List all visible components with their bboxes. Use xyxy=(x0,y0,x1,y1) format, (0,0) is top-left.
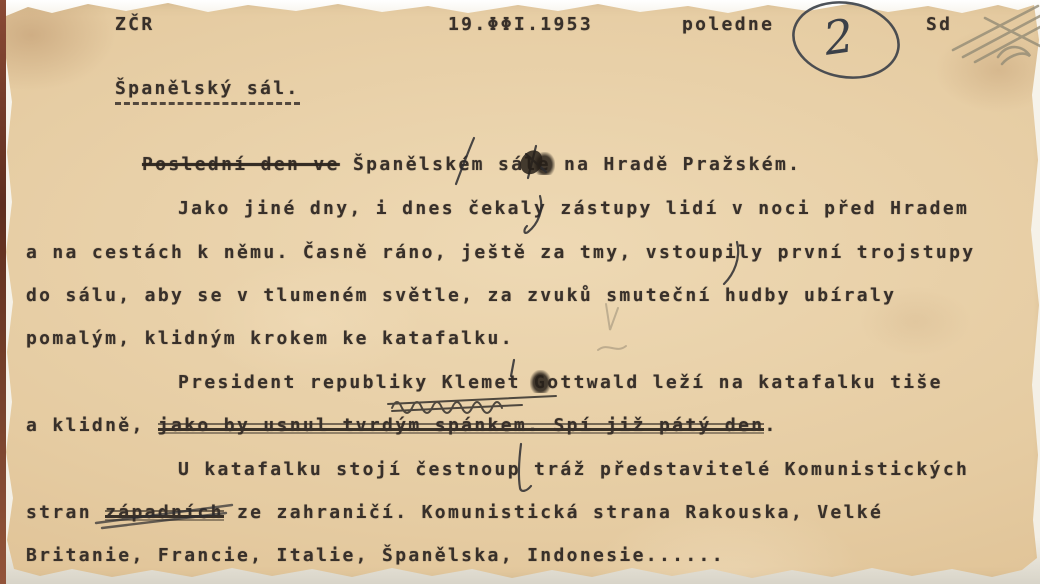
blotted-letter: e xyxy=(538,154,551,175)
body-text: ottwald leží na katafalku tiše xyxy=(547,372,943,393)
body-text: Jako jiné dny, i dnes čekal xyxy=(178,198,534,219)
paragraph4-line3: Britanie, Francie, Italie, Španělska, In… xyxy=(26,543,725,569)
body-text: stran xyxy=(26,502,105,523)
paragraph4-line2: stran západních ze zahraničí. Komunistic… xyxy=(26,500,883,526)
body-text: zástupy lidí v noci před Hradem xyxy=(547,198,969,219)
body-text: U katafalku stojí čestnou xyxy=(178,459,508,480)
paragraph2-line4: pomalým, klidným krokem ke katafalku. xyxy=(26,326,514,352)
paragraph2-line3: do sálu, aby se v tlumeném světle, za zv… xyxy=(26,283,896,309)
pen-corrected-text: y xyxy=(751,242,764,263)
header-initials: Sd xyxy=(926,12,952,38)
header-session: poledne xyxy=(682,12,774,38)
body-text: a na cestách k němu. Časně ráno, ještě z… xyxy=(26,242,751,263)
paragraph1-line1: Poslední den ve Španělském sále na Hradě… xyxy=(142,152,801,178)
header-org: ZČR xyxy=(115,12,155,38)
pen-corrected-text: p xyxy=(508,459,521,480)
body-text: Britanie, Francie, Italie, Španělska, In… xyxy=(26,545,725,566)
body-text: do sálu, aby se v tlumeném světle, za zv… xyxy=(26,285,896,306)
header-date: 19.ΦΦI.1953 xyxy=(448,12,593,38)
struck-text: jako by usnul tvrdým spánkem. Spí již pá… xyxy=(158,415,765,436)
paragraph3-line1: President republiky Klemet Gottwald leží… xyxy=(178,370,943,396)
pen-corrected-text: y xyxy=(534,198,547,219)
paragraph3-line2: a klidně, jako by usnul tvrdým spánkem. … xyxy=(26,413,778,439)
body-text: na Hradě Pražském. xyxy=(551,154,802,175)
struck-text: západních xyxy=(105,502,224,523)
body-text: . xyxy=(764,415,777,436)
scanned-document: ZČR 19.ΦΦI.1953 poledne Sd Španělský sál… xyxy=(0,0,1040,584)
body-text: sál xyxy=(485,154,538,175)
body-text: tráž představitelé Komunistických xyxy=(521,459,969,480)
struck-text: Poslední den ve xyxy=(142,154,340,175)
paragraph2-line2: a na cestách k němu. Časně ráno, ještě z… xyxy=(26,240,975,266)
paragraph4-line1: U katafalku stojí čestnoup tráž představ… xyxy=(178,457,969,483)
body-text: President republiky Klemet xyxy=(178,372,534,393)
body-text: Španělsk xyxy=(340,154,459,175)
body-text: pomalým, klidným krokem ke katafalku. xyxy=(26,328,514,349)
blotted-letter: G xyxy=(534,372,547,393)
document-title: Španělský sál. xyxy=(115,76,300,102)
typewritten-text-layer: ZČR 19.ΦΦI.1953 poledne Sd Španělský sál… xyxy=(0,0,1040,584)
title-text: Španělský sál. xyxy=(115,78,300,105)
pen-corrected-text: ém xyxy=(459,154,485,175)
body-text: a klidně, xyxy=(26,415,158,436)
body-text: první trojstupy xyxy=(764,242,975,263)
paragraph2-line1: Jako jiné dny, i dnes čekaly zástupy lid… xyxy=(178,196,969,222)
body-text: ze zahraničí. Komunistická strana Rakous… xyxy=(224,502,883,523)
